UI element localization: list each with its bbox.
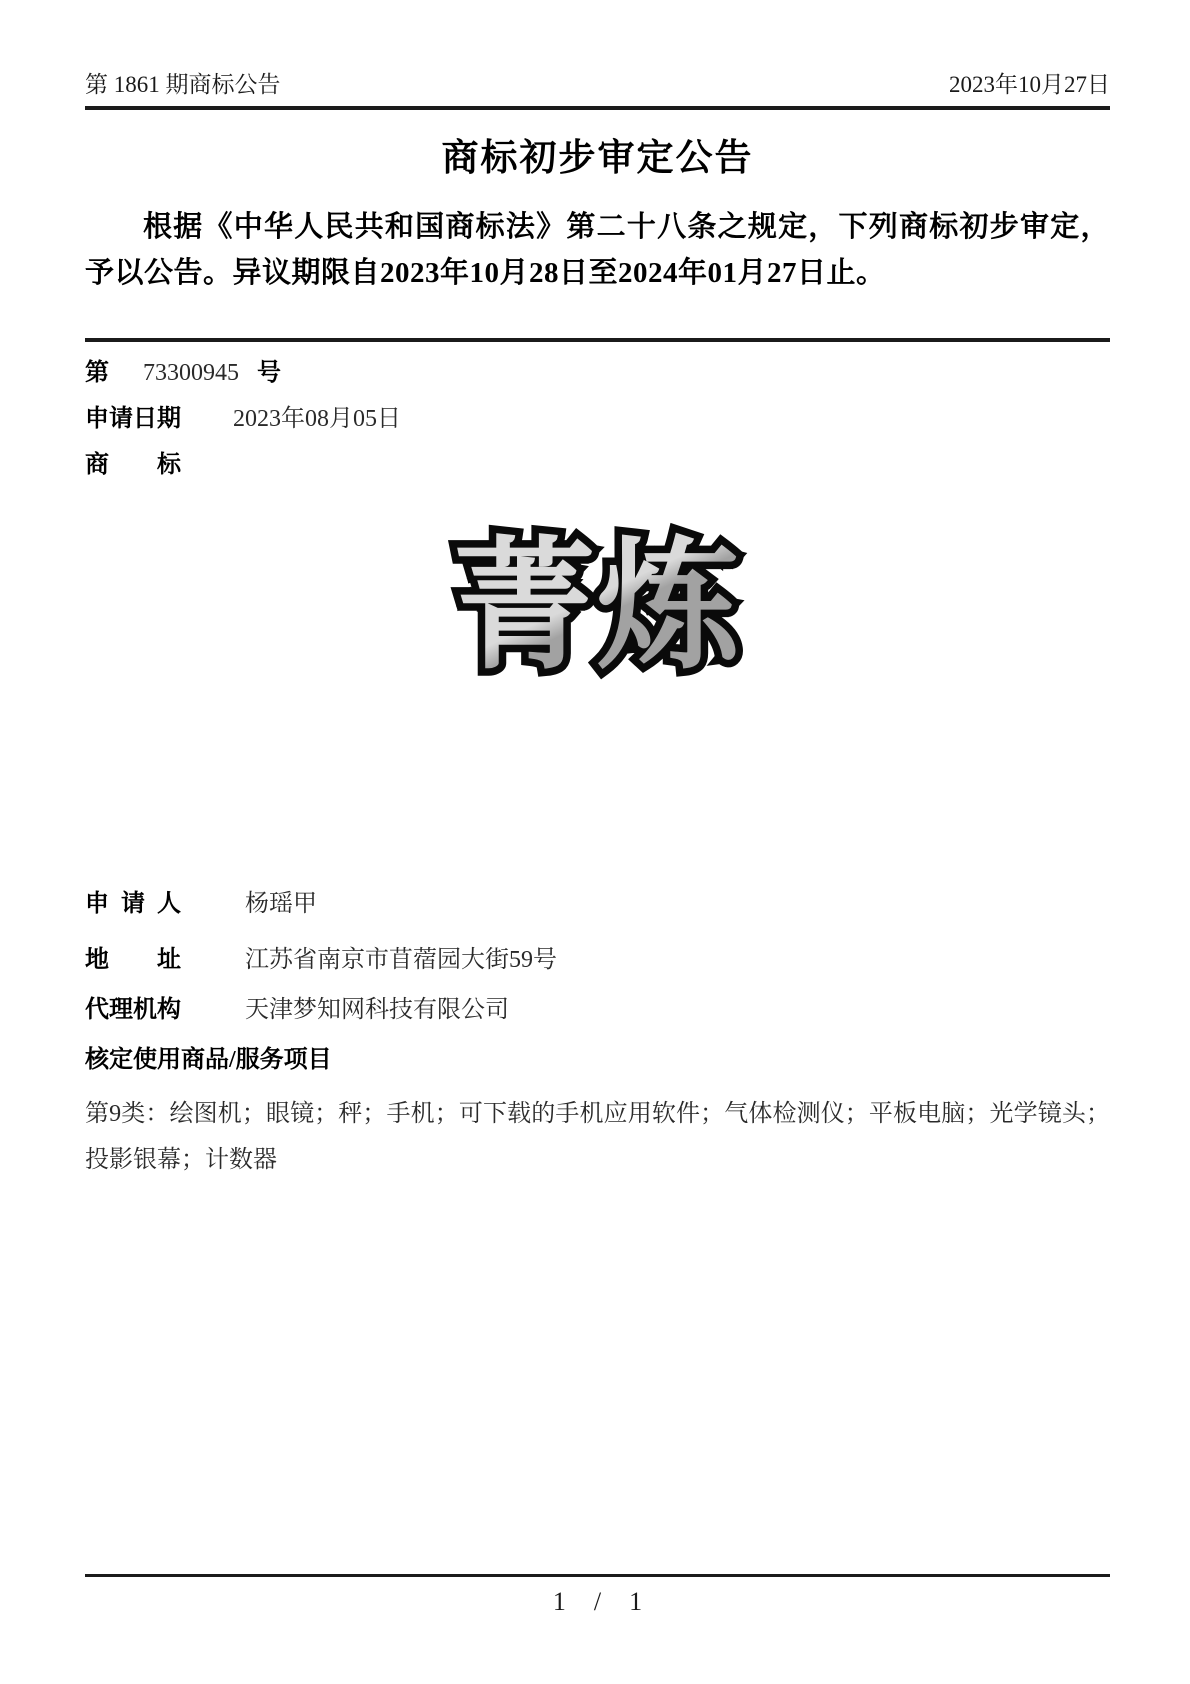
application-date-value: 2023年08月05日 — [233, 406, 401, 432]
applicant-value: 杨瑶甲 — [245, 891, 317, 917]
agency-label: 代理机构 — [85, 995, 181, 1025]
page-number: 1 / 1 — [85, 1587, 1110, 1617]
application-date-label: 申请日期 — [85, 404, 181, 434]
intro-paragraph: 根据《中华人民共和国商标法》第二十八条之规定，下列商标初步审定，予以公告。异议期… — [85, 204, 1110, 296]
page-number-separator: / — [594, 1587, 601, 1617]
goods-services-list: 第9类：绘图机；眼镜；秤；手机；可下载的手机应用软件；气体检测仪；平板电脑；光学… — [85, 1091, 1110, 1183]
reg-prefix-label: 第 — [85, 360, 109, 386]
footer-rule — [85, 1574, 1110, 1577]
header-rule — [85, 106, 1110, 110]
registration-number: 73300945 — [143, 360, 239, 386]
trademark-label: 商标 — [85, 450, 181, 480]
page-header: 第 1861 期商标公告 2023年10月27日 — [85, 0, 1110, 100]
registration-number-row: 第73300945号 — [85, 358, 1110, 388]
page-footer: 1 / 1 — [85, 1574, 1110, 1617]
goods-services-heading: 核定使用商品/服务项目 — [85, 1045, 1110, 1075]
address-row: 地址江苏省南京市苜蓿园大街59号 — [85, 945, 1110, 975]
address-value: 江苏省南京市苜蓿园大街59号 — [245, 947, 557, 973]
page-content: 第 1861 期商标公告 2023年10月27日 商标初步审定公告 根据《中华人… — [85, 0, 1110, 1183]
trademark-text: 菁炼 — [454, 524, 742, 689]
trademark-label-row: 商标 — [85, 450, 1110, 480]
page-number-current: 1 — [553, 1587, 566, 1617]
agency-row: 代理机构天津梦知网科技有限公司 — [85, 995, 1110, 1025]
address-label: 地址 — [85, 945, 181, 975]
applicant-row: 申请人杨瑶甲 — [85, 889, 1110, 919]
trademark-image: 菁炼 菁炼 — [454, 532, 742, 682]
gazette-date: 2023年10月27日 — [949, 70, 1110, 100]
gazette-page: 第 1861 期商标公告 2023年10月27日 商标初步审定公告 根据《中华人… — [0, 0, 1190, 1684]
section-rule — [85, 338, 1110, 342]
document-title: 商标初步审定公告 — [85, 138, 1110, 180]
agency-value: 天津梦知网科技有限公司 — [245, 997, 509, 1023]
gazette-issue: 第 1861 期商标公告 — [85, 70, 281, 100]
reg-suffix-label: 号 — [257, 360, 281, 386]
applicant-label: 申请人 — [85, 889, 181, 919]
trademark-image-area: 菁炼 菁炼 — [85, 480, 1110, 873]
page-number-total: 1 — [629, 1587, 642, 1617]
application-date-row: 申请日期2023年08月05日 — [85, 404, 1110, 434]
